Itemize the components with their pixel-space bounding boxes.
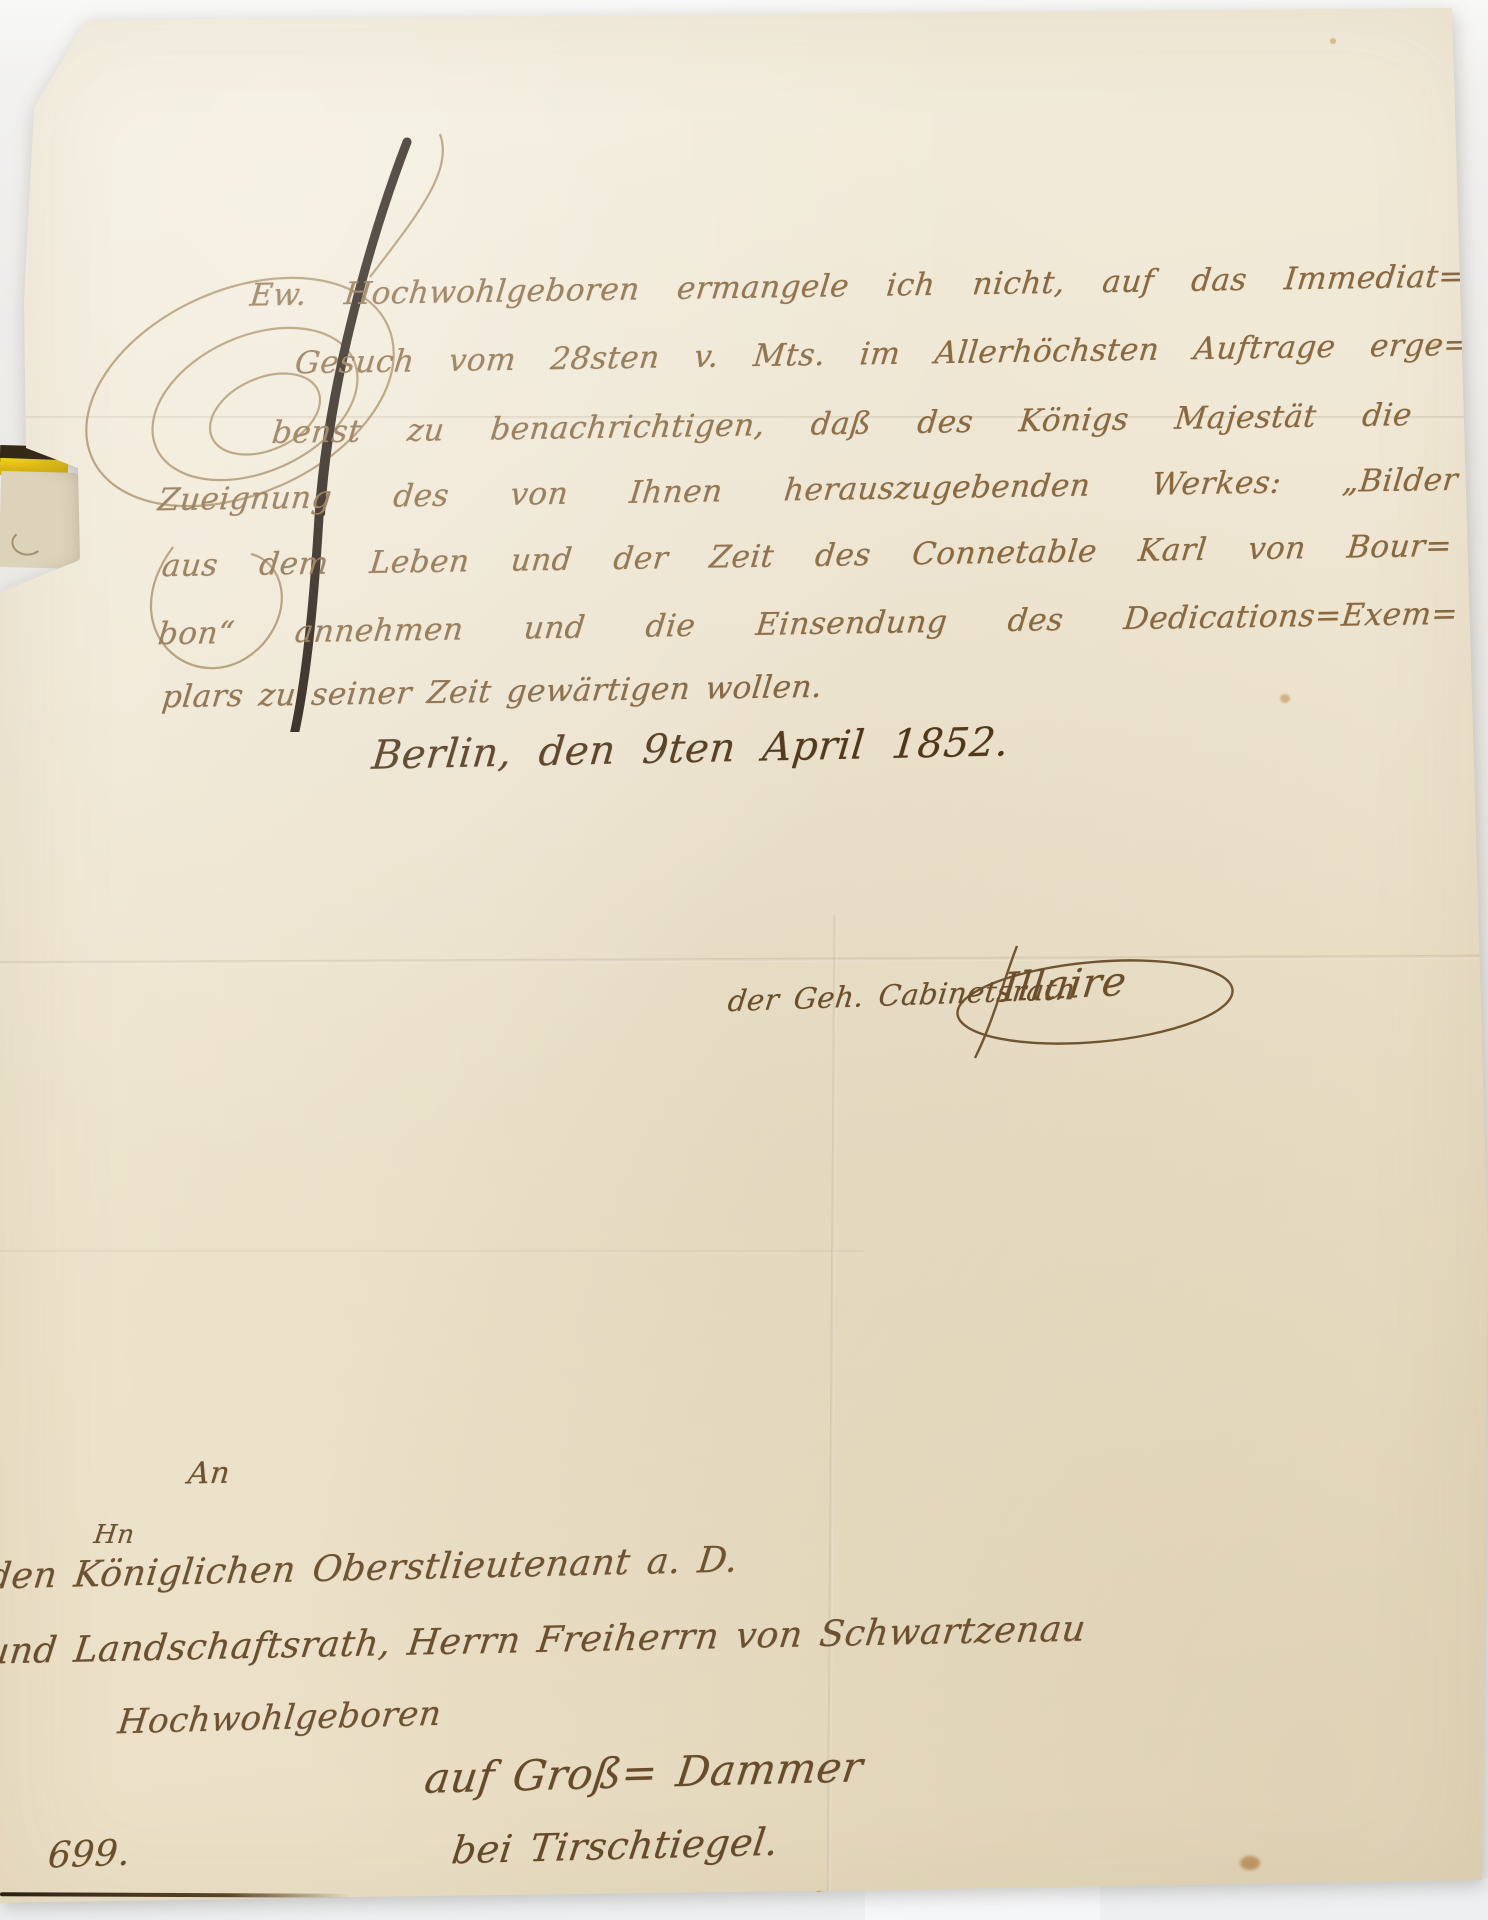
signature-name: Illaire — [999, 959, 1129, 1012]
fold-crease-horizontal-lower — [0, 1250, 863, 1254]
photo-scene: Ew. Hochwohlgeboren ermangele ich nicht,… — [0, 0, 1488, 1920]
fold-crease-horizontal-middle — [0, 955, 1488, 965]
dateline: Berlin, den 9ten April 1852. — [370, 719, 1011, 778]
address-line: und Landschaftsrath, Herrn Freiherrn von… — [0, 1608, 1088, 1672]
foxing-spot — [1240, 1856, 1260, 1870]
body-line: Gesuch vom 28sten v. Mts. im Allerhöchst… — [293, 327, 1472, 382]
letter-sheet: Ew. Hochwohlgeboren ermangele ich nicht,… — [0, 0, 1488, 1920]
address-salutation: An — [186, 1456, 232, 1492]
registry-number: 699. — [47, 1833, 132, 1877]
address-abbreviation: Hn — [92, 1520, 136, 1550]
address-line: Hochwohlgeboren — [116, 1694, 444, 1743]
address-estate: auf Groß= Dammer — [422, 1742, 866, 1803]
foxing-spot — [1280, 694, 1290, 703]
foxing-spot — [1330, 38, 1336, 44]
address-town: bei Tirschtiegel. — [449, 1820, 781, 1873]
letter-sheet-wrap: Ew. Hochwohlgeboren ermangele ich nicht,… — [0, 0, 1488, 1920]
